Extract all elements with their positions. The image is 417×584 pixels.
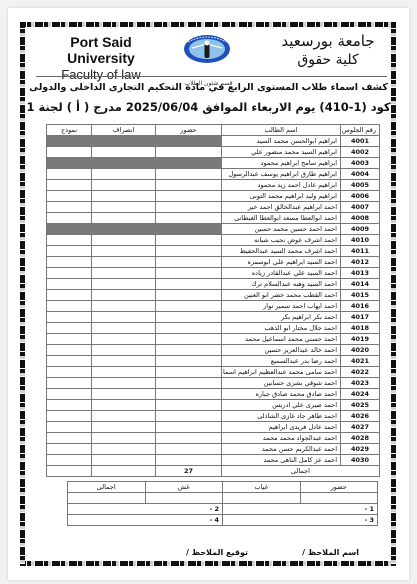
table-row: احمد جلال مختار ابو الذهب4018 bbox=[47, 323, 380, 334]
departure-cell bbox=[92, 147, 156, 158]
seat-number: 4024 bbox=[341, 389, 380, 400]
student-name: احمد حسني محمد اسماعيل محمد bbox=[222, 334, 341, 345]
attendance-cell bbox=[156, 290, 222, 301]
table-row: احمد احمد حسين محمد حسين4009 bbox=[47, 224, 380, 235]
border-top bbox=[20, 22, 396, 27]
table-row: احمد القطب محمد خضر ابو العنين4015 bbox=[47, 290, 380, 301]
table-row: احمد ايهاب احمد سمير نوار4016 bbox=[47, 301, 380, 312]
total-empty bbox=[47, 466, 92, 477]
summary-item-2: 2 - bbox=[68, 504, 223, 515]
total-empty bbox=[92, 466, 156, 477]
header-arabic: جامعة بورسعيد كلية حقوق bbox=[273, 32, 383, 69]
student-name: ابراهيم عادل احمد زيد محمود bbox=[222, 180, 341, 191]
departure-cell bbox=[92, 268, 156, 279]
departure-cell bbox=[92, 202, 156, 213]
table-row: احمد اشرف عوض نجيب شبانه4010 bbox=[47, 235, 380, 246]
model-cell bbox=[47, 290, 92, 301]
student-name: ابراهيم وليد ابراهيم محمد التونى bbox=[222, 191, 341, 202]
table-row: ابراهيم عادل احمد زيد محمود4005 bbox=[47, 180, 380, 191]
model-cell bbox=[47, 268, 92, 279]
student-name: ابراهيم ابوالحسن محمد السيد bbox=[222, 136, 341, 147]
seat-number: 4019 bbox=[341, 334, 380, 345]
summary-item-1: 1 - bbox=[223, 504, 378, 515]
model-cell bbox=[47, 147, 92, 158]
attendance-cell bbox=[156, 323, 222, 334]
exam-details: كود (1-410) يوم الاربعاء الموافق 2025/06… bbox=[0, 100, 417, 114]
table-row: ابراهيم السيد محمد منصور علي4002 bbox=[47, 147, 380, 158]
student-name: احمد اشرف عوض نجيب شبانه bbox=[222, 235, 341, 246]
attendance-cell bbox=[156, 312, 222, 323]
departure-cell bbox=[92, 400, 156, 411]
departure-cell bbox=[92, 312, 156, 323]
student-name: احمد ابوالعطا مسعد ابوالعطا الغيطانى bbox=[222, 213, 341, 224]
seat-number: 4028 bbox=[341, 433, 380, 444]
attendance-cell bbox=[156, 301, 222, 312]
seat-number: 4013 bbox=[341, 268, 380, 279]
table-row: احمد اشرف محمد السيد عبدالحفيظ4011 bbox=[47, 246, 380, 257]
model-cell bbox=[47, 422, 92, 433]
student-name: احمد عبدالجواد محمد محمد bbox=[222, 433, 341, 444]
observer-name-label: اسم الملاحظ / bbox=[302, 548, 359, 557]
table-row: ابراهيم طارق ابراهيم يوسف عبدالرسول4004 bbox=[47, 169, 380, 180]
attendance-cell bbox=[156, 444, 222, 455]
summary-header-total: اجمالى bbox=[68, 482, 146, 493]
seat-number: 4004 bbox=[341, 169, 380, 180]
seat-number: 4002 bbox=[341, 147, 380, 158]
model-cell bbox=[47, 191, 92, 202]
departure-cell bbox=[92, 334, 156, 345]
departure-cell bbox=[92, 455, 156, 466]
attendance-cell bbox=[156, 147, 222, 158]
departure-cell bbox=[92, 191, 156, 202]
departure-cell bbox=[92, 246, 156, 257]
seat-number: 4003 bbox=[341, 158, 380, 169]
student-name: احمد صادق محمد صادق جباره bbox=[222, 389, 341, 400]
seat-number: 4016 bbox=[341, 301, 380, 312]
seat-number: 4011 bbox=[341, 246, 380, 257]
departure-cell bbox=[92, 213, 156, 224]
attendance-cell bbox=[156, 433, 222, 444]
column-header-student-name: اسم الطالب bbox=[222, 125, 341, 136]
seat-number: 4029 bbox=[341, 444, 380, 455]
departure-cell bbox=[92, 389, 156, 400]
student-name: احمد خالد عبدالعزيز حسين bbox=[222, 345, 341, 356]
column-header-seat-number: رقم الجلوس bbox=[341, 125, 380, 136]
attendance-cell bbox=[156, 411, 222, 422]
university-name-en: Port Said University bbox=[36, 34, 166, 66]
seat-number: 4026 bbox=[341, 411, 380, 422]
seat-number: 4007 bbox=[341, 202, 380, 213]
model-cell bbox=[47, 312, 92, 323]
summary-row: 2 - 1 - bbox=[68, 504, 378, 515]
model-cell bbox=[47, 433, 92, 444]
seat-number: 4014 bbox=[341, 279, 380, 290]
student-name: ابراهيم طارق ابراهيم يوسف عبدالرسول bbox=[222, 169, 341, 180]
table-row: احمد السيد وهبه عبدالسلام ترك4014 bbox=[47, 279, 380, 290]
table-row: احمد بكر ابراهيم بكر4017 bbox=[47, 312, 380, 323]
document-title: كشف اسماء طلاب المستوى الرابع في مادة ال… bbox=[0, 82, 417, 93]
model-cell bbox=[47, 202, 92, 213]
table-header-row: نموذج انصراف حضور اسم الطالب رقم الجلوس bbox=[47, 125, 380, 136]
summary-item-4: 4 - bbox=[68, 515, 223, 526]
attendance-cell bbox=[156, 169, 222, 180]
summary-header-absence: غياب bbox=[223, 482, 301, 493]
attendance-cell bbox=[156, 268, 222, 279]
attendance-cell bbox=[156, 246, 222, 257]
table-row: احمد خالد عبدالعزيز حسين4020 bbox=[47, 345, 380, 356]
attendance-cell bbox=[156, 334, 222, 345]
departure-cell bbox=[92, 279, 156, 290]
model-cell bbox=[47, 356, 92, 367]
attendance-cell bbox=[156, 180, 222, 191]
table-row: ابراهيم ابوالحسن محمد السيد4001 bbox=[47, 136, 380, 147]
model-cell bbox=[47, 334, 92, 345]
seat-number: 4009 bbox=[341, 224, 380, 235]
model-cell bbox=[47, 400, 92, 411]
table-row: احمد صبرى علي ادريس4025 bbox=[47, 400, 380, 411]
attendance-cell bbox=[156, 213, 222, 224]
model-cell bbox=[47, 367, 92, 378]
seat-number: 4010 bbox=[341, 235, 380, 246]
summary-row: 4 - 3 - bbox=[68, 515, 378, 526]
student-name: ابراهيم السيد محمد منصور علي bbox=[222, 147, 341, 158]
departure-cell bbox=[92, 345, 156, 356]
model-cell bbox=[47, 169, 92, 180]
attendance-cell bbox=[156, 158, 222, 169]
university-logo-icon bbox=[182, 34, 232, 64]
attendance-cell bbox=[156, 367, 222, 378]
departure-cell bbox=[92, 433, 156, 444]
total-row: 27 اجمالى bbox=[47, 466, 380, 477]
departure-cell bbox=[92, 290, 156, 301]
summary-item-3: 3 - bbox=[223, 515, 378, 526]
model-cell bbox=[47, 323, 92, 334]
attendance-cell bbox=[156, 279, 222, 290]
student-name: احمد طاهر جاد غازى الشاذلى bbox=[222, 411, 341, 422]
summary-header-cheating: غش bbox=[145, 482, 223, 493]
seat-number: 4008 bbox=[341, 213, 380, 224]
border-bottom bbox=[20, 561, 396, 566]
departure-cell bbox=[92, 378, 156, 389]
seat-number: 4001 bbox=[341, 136, 380, 147]
table-row: احمد عبدالكريم حسن محمد4029 bbox=[47, 444, 380, 455]
departure-cell bbox=[92, 257, 156, 268]
model-cell bbox=[47, 158, 92, 169]
model-cell bbox=[47, 279, 92, 290]
model-cell bbox=[47, 444, 92, 455]
summary-table: اجمالى غش غياب حضور 2 - 1 - 4 - 3 - bbox=[67, 481, 378, 526]
summary-cell bbox=[68, 493, 146, 504]
seat-number: 4005 bbox=[341, 180, 380, 191]
seat-number: 4022 bbox=[341, 367, 380, 378]
summary-cell bbox=[145, 493, 223, 504]
model-cell bbox=[47, 455, 92, 466]
attendance-cell bbox=[156, 257, 222, 268]
table-row: ابراهيم وليد ابراهيم محمد التونى4006 bbox=[47, 191, 380, 202]
table-row: احمد سامى محمد عبدالعظيم ابراهيم اسماعيل… bbox=[47, 367, 380, 378]
attendance-cell bbox=[156, 422, 222, 433]
seat-number: 4012 bbox=[341, 257, 380, 268]
model-cell bbox=[47, 180, 92, 191]
attendance-cell bbox=[156, 224, 222, 235]
model-cell bbox=[47, 213, 92, 224]
seat-number: 4027 bbox=[341, 422, 380, 433]
student-name: احمد ايهاب احمد سمير نوار bbox=[222, 301, 341, 312]
summary-header-attendance: حضور bbox=[300, 482, 378, 493]
table-row: احمد طاهر جاد غازى الشاذلى4026 bbox=[47, 411, 380, 422]
summary-blank-row bbox=[68, 493, 378, 504]
model-cell bbox=[47, 136, 92, 147]
departure-cell bbox=[92, 444, 156, 455]
departure-cell bbox=[92, 422, 156, 433]
student-name: احمد السيد علي عبدالقادر زياده bbox=[222, 268, 341, 279]
attendance-cell bbox=[156, 378, 222, 389]
seat-number: 4015 bbox=[341, 290, 380, 301]
attendance-cell bbox=[156, 235, 222, 246]
student-name: احمد السيد وهبه عبدالسلام ترك bbox=[222, 279, 341, 290]
student-name: احمد عادل فريدى ابراهيم bbox=[222, 422, 341, 433]
summary-cell bbox=[223, 493, 301, 504]
student-name: احمد شوقي بشرى حسانين bbox=[222, 378, 341, 389]
faculty-name-ar: كلية حقوق bbox=[273, 51, 383, 69]
table-row: ابراهيم سامح ابراهيم محمود4003 bbox=[47, 158, 380, 169]
student-name: احمد ابراهيم عبدالخالق احمد خير bbox=[222, 202, 341, 213]
model-cell bbox=[47, 389, 92, 400]
model-cell bbox=[47, 301, 92, 312]
student-name: احمد سامى محمد عبدالعظيم ابراهيم اسماعيل bbox=[222, 367, 341, 378]
attendance-cell bbox=[156, 389, 222, 400]
column-header-attendance: حضور bbox=[156, 125, 222, 136]
table-row: احمد صادق محمد صادق جباره4024 bbox=[47, 389, 380, 400]
table-row: احمد السيد علي عبدالقادر زياده4013 bbox=[47, 268, 380, 279]
table-row: احمد رضا بدر عبدالسميع4021 bbox=[47, 356, 380, 367]
students-table: نموذج انصراف حضور اسم الطالب رقم الجلوس … bbox=[46, 124, 380, 477]
attendance-cell bbox=[156, 345, 222, 356]
total-label: اجمالى bbox=[222, 466, 380, 477]
student-name: احمد صبرى علي ادريس bbox=[222, 400, 341, 411]
departure-cell bbox=[92, 224, 156, 235]
attendance-cell bbox=[156, 191, 222, 202]
total-value: 27 bbox=[156, 466, 222, 477]
student-name: احمد عبدالكريم حسن محمد bbox=[222, 444, 341, 455]
departure-cell bbox=[92, 169, 156, 180]
summary-cell bbox=[300, 493, 378, 504]
student-name: احمد جلال مختار ابو الذهب bbox=[222, 323, 341, 334]
table-row: احمد السيد ابراهيم علي ابوسمره4012 bbox=[47, 257, 380, 268]
seat-number: 4018 bbox=[341, 323, 380, 334]
attendance-cell bbox=[156, 202, 222, 213]
table-row: احمد عادل فريدى ابراهيم4027 bbox=[47, 422, 380, 433]
student-name: احمد عز كامل الناهى محمد bbox=[222, 455, 341, 466]
column-header-departure: انصراف bbox=[92, 125, 156, 136]
departure-cell bbox=[92, 136, 156, 147]
attendance-cell bbox=[156, 136, 222, 147]
student-name: احمد رضا بدر عبدالسميع bbox=[222, 356, 341, 367]
seat-number: 4030 bbox=[341, 455, 380, 466]
student-name: احمد اشرف محمد السيد عبدالحفيظ bbox=[222, 246, 341, 257]
attendance-cell bbox=[156, 400, 222, 411]
departure-cell bbox=[92, 180, 156, 191]
table-row: احمد ابراهيم عبدالخالق احمد خير4007 bbox=[47, 202, 380, 213]
observer-signature-label: توقيع الملاحظ / bbox=[186, 548, 248, 557]
table-row: احمد شوقي بشرى حسانين4023 bbox=[47, 378, 380, 389]
seat-number: 4017 bbox=[341, 312, 380, 323]
seat-number: 4020 bbox=[341, 345, 380, 356]
model-cell bbox=[47, 246, 92, 257]
seat-number: 4006 bbox=[341, 191, 380, 202]
seat-number: 4023 bbox=[341, 378, 380, 389]
model-cell bbox=[47, 257, 92, 268]
model-cell bbox=[47, 235, 92, 246]
departure-cell bbox=[92, 367, 156, 378]
table-row: احمد حسني محمد اسماعيل محمد4019 bbox=[47, 334, 380, 345]
departure-cell bbox=[92, 158, 156, 169]
model-cell bbox=[47, 378, 92, 389]
student-name: احمد بكر ابراهيم بكر bbox=[222, 312, 341, 323]
seat-number: 4025 bbox=[341, 400, 380, 411]
column-header-model: نموذج bbox=[47, 125, 92, 136]
departure-cell bbox=[92, 356, 156, 367]
student-name: احمد السيد ابراهيم علي ابوسمره bbox=[222, 257, 341, 268]
table-row: احمد عبدالجواد محمد محمد4028 bbox=[47, 433, 380, 444]
attendance-cell bbox=[156, 455, 222, 466]
departure-cell bbox=[92, 411, 156, 422]
student-name: احمد القطب محمد خضر ابو العنين bbox=[222, 290, 341, 301]
table-row: احمد ابوالعطا مسعد ابوالعطا الغيطانى4008 bbox=[47, 213, 380, 224]
student-name: احمد احمد حسين محمد حسين bbox=[222, 224, 341, 235]
departure-cell bbox=[92, 235, 156, 246]
model-cell bbox=[47, 224, 92, 235]
model-cell bbox=[47, 411, 92, 422]
university-name-ar: جامعة بورسعيد bbox=[273, 32, 383, 51]
departure-cell bbox=[92, 301, 156, 312]
seat-number: 4021 bbox=[341, 356, 380, 367]
model-cell bbox=[47, 345, 92, 356]
attendance-cell bbox=[156, 356, 222, 367]
table-row: احمد عز كامل الناهى محمد4030 bbox=[47, 455, 380, 466]
student-name: ابراهيم سامح ابراهيم محمود bbox=[222, 158, 341, 169]
departure-cell bbox=[92, 323, 156, 334]
summary-header-row: اجمالى غش غياب حضور bbox=[68, 482, 378, 493]
